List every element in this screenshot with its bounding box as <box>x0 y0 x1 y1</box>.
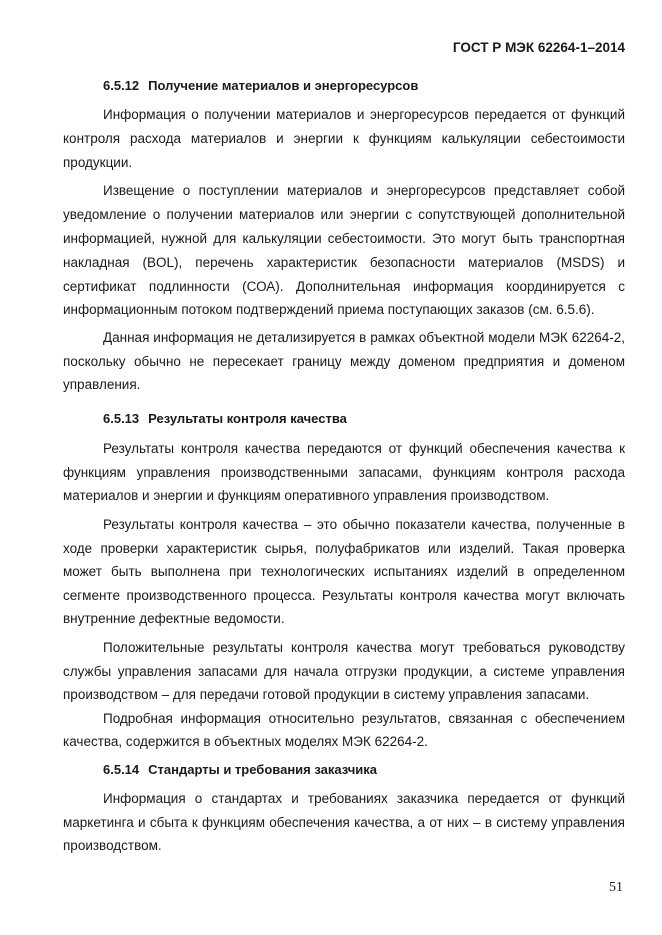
text-line: маркетинга и сбыта к функциям обеспечени… <box>63 815 625 831</box>
text-line: поскольку обычно не пересекает границу м… <box>63 354 625 370</box>
text-line: управления. <box>63 377 625 393</box>
text-line: продукции. <box>63 155 625 171</box>
text-line: внутренние дефектные ведомости. <box>63 611 625 627</box>
section-number: 6.5.13 <box>103 411 139 426</box>
text-line: Результаты контроля качества передаются … <box>103 441 625 457</box>
text-line: функциям управления производственными за… <box>63 465 625 481</box>
text-line: качества, содержится в объектных моделях… <box>63 734 625 750</box>
text-line: производством – для передачи готовой про… <box>63 687 625 703</box>
text-line: сегменте производственного процесса. Рез… <box>63 588 625 604</box>
text-line: службы управления запасами для начала от… <box>63 664 625 680</box>
text-line: Подробная информация относительно резуль… <box>103 711 625 727</box>
page-number: 51 <box>609 880 623 896</box>
section-number: 6.5.12 <box>103 78 139 93</box>
text-line: ходе проверки характеристик сырья, полуф… <box>63 541 625 557</box>
text-line: Информация о стандартах и требованиях за… <box>103 791 625 807</box>
section-heading-6-5-14: 6.5.14Стандарты и требования заказчика <box>103 762 377 777</box>
text-line: информацией, нужной для калькуляции себе… <box>63 231 625 247</box>
text-line: сертификат подлинности (СОА). Дополнител… <box>63 279 625 295</box>
section-title: Результаты контроля качества <box>148 411 347 426</box>
section-heading-6-5-13: 6.5.13Результаты контроля качества <box>103 411 347 426</box>
text-line: уведомление о получении материалов или э… <box>63 207 625 223</box>
text-line: Извещение о поступлении материалов и эне… <box>103 183 625 199</box>
section-title: Стандарты и требования заказчика <box>148 762 377 777</box>
section-title: Получение материалов и энергоресурсов <box>148 78 418 93</box>
text-line: производством. <box>63 838 625 854</box>
text-line: информационным потоком подтверждений при… <box>63 302 625 318</box>
text-line: может быть выполнена при технологических… <box>63 564 625 580</box>
text-line: контроля расхода материалов и энергии к … <box>63 131 625 147</box>
section-number: 6.5.14 <box>103 762 139 777</box>
text-line: накладная (BOL), перечень характеристик … <box>63 255 625 271</box>
text-line: Данная информация не детализируется в ра… <box>103 330 625 346</box>
text-line: Результаты контроля качества – это обычн… <box>103 517 625 533</box>
text-line: материалов и энергии и функциям оператив… <box>63 488 625 504</box>
text-line: Положительные результаты контроля качест… <box>103 640 625 656</box>
document-code-header: ГОСТ Р МЭК 62264-1–2014 <box>453 40 625 55</box>
text-line: Информация о получении материалов и энер… <box>103 107 625 123</box>
section-heading-6-5-12: 6.5.12Получение материалов и энергоресур… <box>103 78 418 93</box>
